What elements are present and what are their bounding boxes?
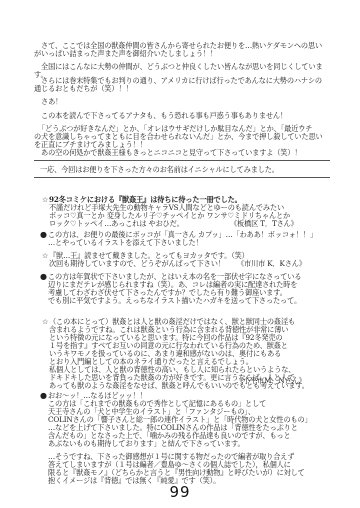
letter-1-signature: 《板橋区 T．Tさん》 [230,220,298,228]
reply-3-line-7: あぶないものも期待しております」と結んで下さっています。 [48,440,244,448]
letter-2-marker: ☆ [42,252,48,260]
intro-p3-line-2: 通じるおともだちが（笑）！！ [34,85,133,93]
intro-p6-line-4: あの空の何処かで獣姦王様もきっとニコニコと見守って下さっていますよ（笑）！ [34,149,301,157]
notice-bottom-rule [34,177,330,178]
reply-1-line-2: …とやっているイラストを添えて下さいました！ [48,239,203,247]
document-page: さて、ここでは全国の獣姦仲間の皆さんから寄せられたお便りを…熱いケダモンへの思い… [0,0,360,508]
letter-1-line-4: ロック♡トッペイ…あっこれは やおひだ。 [49,220,184,228]
reply-3-marker: ● [40,392,47,400]
notice-text: 一応、今回はお便りを下さった方々のお名前はイニシャルにしてみました。 [40,166,279,174]
intro-p5: この本を読んで下さってるアナタも、もう恐れる事も戸惑う事もありません！ [34,112,287,120]
reply-2-line-4: でも別に平気ですよう。えっちなイラスト描いたハガキを送って下さったって。 [48,297,301,305]
letter-3-signature: 《小平市M．Nさん》 [236,377,306,385]
letter-1-marker: ☆ [42,196,48,204]
intro-p4: さあ！ [34,98,62,106]
page-number: 99 [163,483,197,501]
letter-2-signature: 《市川市 K．Kさん》 [237,260,306,268]
notice-top-rule [34,160,330,161]
intro-p2-line-1: 全国にはこんなに大勢の仲間が、どうぶつと仲良くしたい皆んなが思いを同じくしていま [34,63,323,71]
reply-1-marker: ● [40,231,47,239]
letter-2-line-2: 次回も期待していますので、どうぞがんばって下さい！ [49,260,225,268]
reply-2-marker: ● [40,273,47,281]
intro-p1-line-2: がいっぱい詰まった声また声を御紹介いたしましょう！！ [34,50,217,58]
letter-3-marker: ☆ [42,318,48,326]
